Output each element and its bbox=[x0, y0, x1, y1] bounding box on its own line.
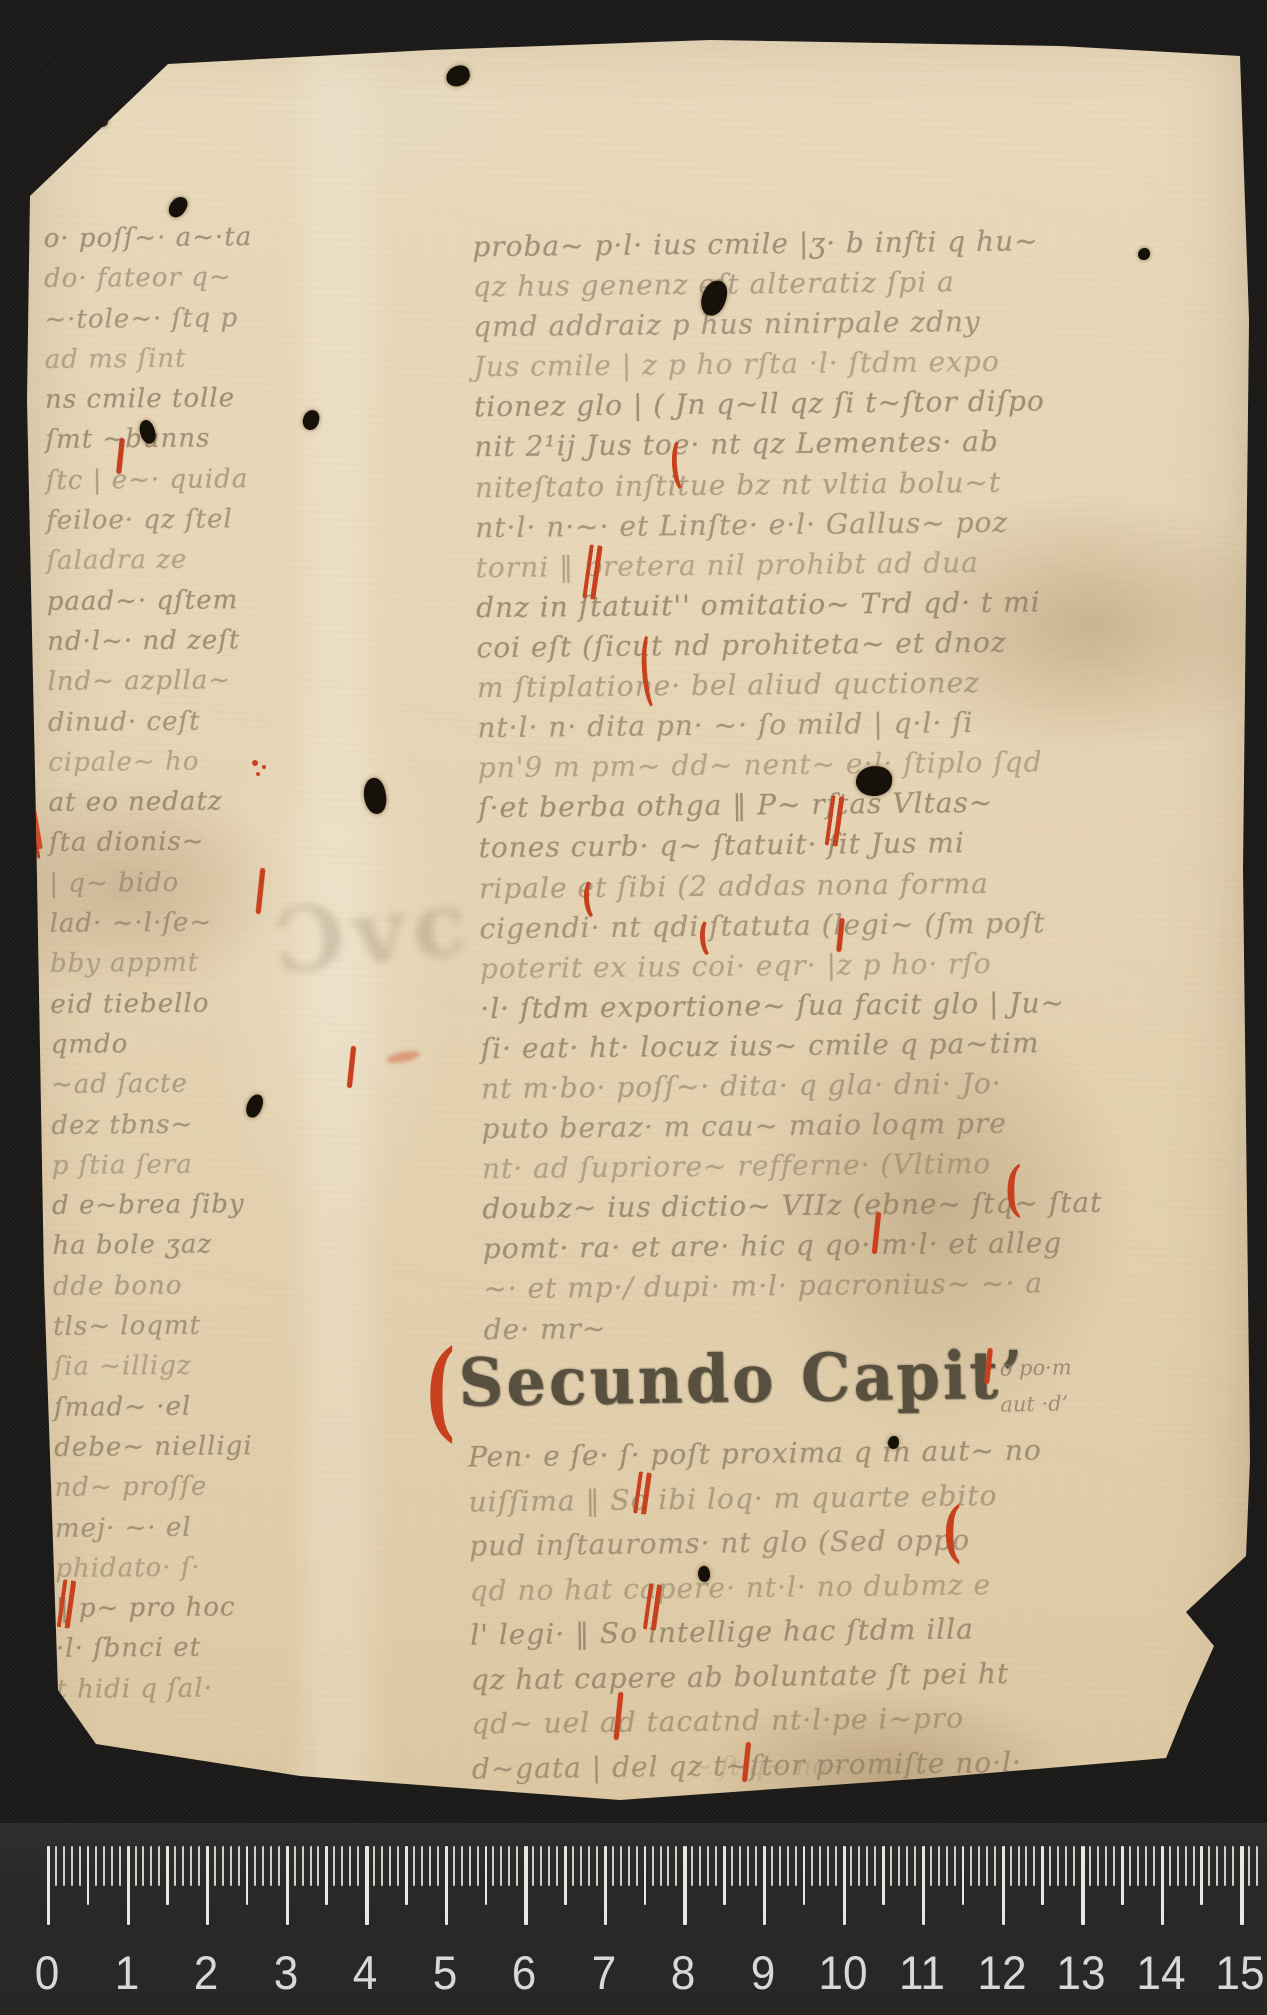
red-paraph-mark: ( bbox=[1004, 1162, 1022, 1216]
manuscript-line: nd·l~· nd zeſt bbox=[47, 620, 256, 662]
ruler-tick bbox=[1153, 1846, 1155, 1886]
ruler-tick bbox=[540, 1846, 542, 1886]
ruler-tick bbox=[1121, 1846, 1124, 1905]
ruler-tick bbox=[79, 1846, 81, 1886]
ruler-tick bbox=[572, 1846, 574, 1886]
ruler-number: 14 bbox=[1123, 1945, 1198, 2000]
ruler-tick bbox=[1248, 1846, 1250, 1886]
ruler-tick bbox=[556, 1846, 558, 1886]
ruler-tick bbox=[691, 1846, 693, 1886]
ruler-tick bbox=[317, 1846, 319, 1886]
manuscript-line: ſmad~ ·el bbox=[54, 1386, 263, 1428]
ruler-tick bbox=[1073, 1846, 1075, 1886]
manuscript-line: nit 2¹ij Jus toe· nt qz Lementes· ab bbox=[474, 421, 1094, 468]
ruler-tick bbox=[341, 1846, 343, 1886]
ruler-tick bbox=[1193, 1846, 1195, 1886]
ruler-tick bbox=[1081, 1846, 1084, 1925]
ruler-number: 11 bbox=[884, 1945, 959, 2000]
ruler-tick bbox=[278, 1846, 280, 1886]
manuscript-line: ~ad ſacte bbox=[51, 1063, 260, 1105]
faint-bottom-line: ~ ſt q~ no~ bbox=[690, 1752, 849, 1782]
manuscript-line: ~·tole~· ſtq p bbox=[44, 298, 253, 340]
ruler-number: 13 bbox=[1044, 1945, 1119, 2000]
ruler-tick bbox=[588, 1846, 590, 1886]
ruler-tick bbox=[596, 1846, 598, 1886]
manuscript-line: ·l· ſtdm exportione~ ſua facit glo | Ju~ bbox=[480, 983, 1100, 1030]
ruler-tick bbox=[485, 1846, 488, 1905]
manuscript-line: tionez glo | ( Jn q~ll qz ſi t~ſtor diſp… bbox=[474, 381, 1094, 428]
ruler-tick bbox=[1185, 1846, 1187, 1886]
ruler-tick bbox=[906, 1846, 908, 1886]
ruler-tick bbox=[922, 1846, 925, 1925]
manuscript-line: lnd~ azplla~ bbox=[47, 660, 256, 702]
manuscript-line: ad ms ſint bbox=[45, 338, 254, 380]
manuscript-line: ha bole ʒaz bbox=[52, 1225, 261, 1267]
manuscript-line: m ſtiplatione· bel aliud quctionez bbox=[477, 662, 1097, 709]
ruler-tick bbox=[564, 1846, 567, 1905]
ruler-tick bbox=[1018, 1846, 1020, 1886]
ruler-tick bbox=[683, 1846, 686, 1925]
ruler-tick bbox=[389, 1846, 391, 1886]
manuscript-line: cigendi· nt qdi ſtatuta (legi~ (ſm poſt bbox=[479, 902, 1099, 949]
ruler-tick bbox=[477, 1846, 479, 1886]
red-paraph-mark: ( bbox=[424, 1342, 456, 1439]
ruler-tick bbox=[1105, 1846, 1107, 1886]
ruler-number: 15 bbox=[1203, 1945, 1267, 2000]
manuscript-line: p ſtia ſera bbox=[52, 1144, 261, 1186]
ruler-number: 12 bbox=[964, 1945, 1039, 2000]
ruler-tick bbox=[1002, 1846, 1005, 1925]
ruler-tick bbox=[1097, 1846, 1099, 1886]
ruler-tick bbox=[182, 1846, 184, 1886]
ruler-tick bbox=[914, 1846, 916, 1886]
ruler-tick bbox=[1208, 1846, 1210, 1886]
ruler-number: 7 bbox=[566, 1945, 641, 2000]
manuscript-line: ~· et mp·/ dupi· m·l· pacronius~ ~· a bbox=[483, 1263, 1103, 1310]
ruler-tick bbox=[373, 1846, 375, 1886]
manuscript-line: cipale~ ho bbox=[48, 741, 257, 783]
ruler-tick bbox=[882, 1846, 885, 1905]
manuscript-line: poterit ex ius coi· eqr· |z p ho· rſo bbox=[480, 942, 1100, 989]
manuscript-line: qmdo bbox=[51, 1023, 260, 1065]
manuscript-line: | q~ bido bbox=[49, 862, 258, 904]
ruler-tick bbox=[516, 1846, 518, 1886]
ruler-tick bbox=[1240, 1846, 1243, 1925]
manuscript-line: pomt· ra· et are· hic q qo· m·l· et alle… bbox=[483, 1223, 1103, 1270]
ruler-tick bbox=[636, 1846, 638, 1886]
manuscript-line: dnz in ſtatuit'' omitatio~ Trd qd· t mi bbox=[476, 582, 1096, 629]
manuscript-line: pn'9 m pm~ dd~ nent~ e·l· ſtiplo ſqd bbox=[478, 742, 1098, 789]
ruler-tick bbox=[1145, 1846, 1147, 1886]
manuscript-line: dinud· ceſt bbox=[48, 701, 257, 743]
ruler-tick bbox=[1025, 1846, 1027, 1886]
ruler-tick bbox=[190, 1846, 192, 1886]
ruler-tick bbox=[71, 1846, 73, 1886]
ruler-tick bbox=[111, 1846, 113, 1886]
ruler-number: 1 bbox=[89, 1945, 164, 2000]
manuscript-line: ſtc | e~· quida bbox=[46, 459, 255, 501]
ruler-tick bbox=[397, 1846, 399, 1886]
ruler-tick bbox=[214, 1846, 216, 1886]
manuscript-line: dde bono bbox=[53, 1265, 262, 1307]
manuscript-line: o· poſſ~· a~·ta bbox=[43, 217, 252, 259]
ruler-tick bbox=[771, 1846, 773, 1886]
ruler-number: 0 bbox=[9, 1945, 84, 2000]
ruler-tick bbox=[763, 1846, 766, 1925]
ruler-number: 6 bbox=[487, 1945, 562, 2000]
ruler-tick bbox=[238, 1846, 240, 1886]
manuscript-line: phidato· ſ· bbox=[55, 1547, 264, 1589]
ruler-tick bbox=[103, 1846, 105, 1886]
ruler-tick bbox=[381, 1846, 383, 1886]
wormhole-spot bbox=[95, 116, 108, 127]
ruler-tick bbox=[365, 1846, 368, 1925]
ruler-number: 4 bbox=[328, 1945, 403, 2000]
ruler-tick bbox=[827, 1846, 829, 1886]
ruler-tick bbox=[1010, 1846, 1012, 1886]
wormhole-spot bbox=[888, 1436, 899, 1449]
lower-text-column: Pen· e ſe· ſ· poſt proxima q in aut~ nou… bbox=[468, 1429, 1046, 1792]
ruler-tick bbox=[1033, 1846, 1035, 1886]
manuscript-line: ·l· ſbnci et bbox=[56, 1627, 265, 1669]
ruler-tick bbox=[938, 1846, 940, 1886]
ruler-tick bbox=[421, 1846, 423, 1886]
ruler-tick bbox=[1129, 1846, 1131, 1886]
ruler-tick bbox=[325, 1846, 328, 1905]
manuscript-line: ſ·et berba othga ‖ P~ rſtas Vltas~ bbox=[478, 782, 1098, 829]
ruler-tick bbox=[1161, 1846, 1164, 1925]
ruler-tick bbox=[819, 1846, 821, 1886]
ruler-number: 2 bbox=[168, 1945, 243, 2000]
manuscript-page: Ɔvc o· poſſ~· a~·tado· fateor q~~·tole~·… bbox=[0, 0, 1267, 2015]
ruler-tick bbox=[270, 1846, 272, 1886]
ruler-tick bbox=[835, 1846, 837, 1886]
manuscript-line: paad~· qſtem bbox=[47, 580, 256, 622]
ruler-tick bbox=[1177, 1846, 1179, 1886]
ruler-tick bbox=[858, 1846, 860, 1886]
ruler-number: 3 bbox=[248, 1945, 323, 2000]
ruler-tick bbox=[453, 1846, 455, 1886]
ruler-tick bbox=[1232, 1846, 1234, 1886]
ruler-number: 5 bbox=[407, 1945, 482, 2000]
ruler-tick bbox=[699, 1846, 701, 1886]
ruler-tick bbox=[333, 1846, 335, 1886]
ruler-number: 8 bbox=[646, 1945, 721, 2000]
ruler-tick bbox=[739, 1846, 741, 1886]
manuscript-line: torni ‖ pretera nil prohibt ad dua bbox=[475, 542, 1095, 589]
ruler-tick bbox=[811, 1846, 813, 1886]
manuscript-line: ſia ~illigz bbox=[53, 1345, 262, 1387]
manuscript-line: nd~ proſſe bbox=[54, 1466, 263, 1508]
ruler-tick bbox=[755, 1846, 757, 1886]
marginal-side-note: o po·maut ·d’ bbox=[999, 1349, 1072, 1422]
chapter-heading: Secundo Capit’ bbox=[458, 1336, 1026, 1421]
manuscript-line: d e~brea ſiby bbox=[52, 1184, 261, 1226]
centimeter-ruler: 0123456789101112131415 bbox=[0, 1823, 1267, 2015]
ruler-tick bbox=[747, 1846, 749, 1886]
ruler-tick bbox=[349, 1846, 351, 1886]
ruler-tick bbox=[898, 1846, 900, 1886]
ruler-tick bbox=[994, 1846, 996, 1886]
ruler-tick bbox=[548, 1846, 550, 1886]
ruler-tick bbox=[707, 1846, 709, 1886]
ruler-tick bbox=[986, 1846, 988, 1886]
ruler-tick bbox=[262, 1846, 264, 1886]
ruler-tick bbox=[286, 1846, 289, 1925]
manuscript-line: mej· ~· el bbox=[55, 1507, 264, 1549]
ruler-tick bbox=[930, 1846, 932, 1886]
ruler-tick bbox=[866, 1846, 868, 1886]
ruler-tick bbox=[962, 1846, 965, 1905]
manuscript-line: at eo nedatz bbox=[48, 781, 257, 823]
ruler-tick bbox=[628, 1846, 630, 1886]
manuscript-line: lad· ~·l·ſe~ bbox=[49, 902, 258, 944]
ruler-tick bbox=[580, 1846, 582, 1886]
ruler-number: 9 bbox=[725, 1945, 800, 2000]
manuscript-line: nt m·bo· poſſ~· dita· q gla· dni· Jo· bbox=[481, 1063, 1101, 1110]
ruler-tick bbox=[1113, 1846, 1115, 1886]
ruler-tick bbox=[946, 1846, 948, 1886]
manuscript-line: qd~ uel ad tacatnd nt·l·pe i~pro bbox=[471, 1695, 1045, 1747]
manuscript-line: debe~ nielligi bbox=[54, 1426, 263, 1468]
red-paraph-mark: ( bbox=[942, 1502, 961, 1561]
manuscript-line: dez tbns~ bbox=[51, 1104, 260, 1146]
ruler-tick bbox=[715, 1846, 717, 1886]
ruler-tick bbox=[1065, 1846, 1067, 1886]
ruler-tick bbox=[405, 1846, 408, 1905]
manuscript-line: qz hat capere ab boluntate ſt pei ht bbox=[471, 1651, 1045, 1703]
ruler-tick bbox=[1224, 1846, 1226, 1886]
ruler-tick bbox=[843, 1846, 846, 1925]
ruler-tick bbox=[1169, 1846, 1171, 1886]
ruler-tick bbox=[254, 1846, 256, 1886]
manuscript-line: ‖ p~ pro hoc bbox=[55, 1587, 264, 1629]
ruler-tick bbox=[644, 1846, 647, 1905]
ruler-tick bbox=[55, 1846, 57, 1886]
ruler-tick bbox=[787, 1846, 789, 1886]
ruler-tick bbox=[890, 1846, 892, 1886]
ruler-tick bbox=[135, 1846, 137, 1886]
manuscript-line: ſta dionis~ bbox=[49, 822, 258, 864]
manuscript-line: l' legi· ‖ So intellige hac ſtdm illa bbox=[470, 1606, 1044, 1658]
manuscript-line: qz hus genenz eſt alteratiz ſpi a bbox=[473, 261, 1093, 308]
manuscript-line: do· fateor q~ bbox=[44, 257, 253, 299]
ruler-tick bbox=[524, 1846, 527, 1925]
ruler-tick bbox=[500, 1846, 502, 1886]
ruler-tick bbox=[166, 1846, 169, 1905]
ruler-tick bbox=[970, 1846, 972, 1886]
manuscript-line: coi eſt (ſicut nd prohiteta~ et dnoz bbox=[476, 622, 1096, 669]
ruler-tick bbox=[310, 1846, 312, 1886]
ruler-tick bbox=[47, 1846, 50, 1925]
ruler-tick bbox=[95, 1846, 97, 1886]
ruler-tick bbox=[445, 1846, 448, 1925]
ruler-tick bbox=[675, 1846, 677, 1886]
ruler-tick bbox=[1256, 1846, 1258, 1886]
manuscript-line: feiloe· qz ſtel bbox=[46, 499, 255, 541]
ruler-tick bbox=[492, 1846, 494, 1886]
manuscript-line: ſi· eat· ht· locuz ius~ cmile q pa~tim bbox=[481, 1023, 1101, 1070]
ruler-tick bbox=[174, 1846, 176, 1886]
manuscript-line: puto beraz· m cau~ maio loqm pre bbox=[481, 1103, 1101, 1150]
manuscript-line: ripale et ſibi (2 addas nona forma bbox=[479, 862, 1099, 909]
ruler-tick bbox=[731, 1846, 733, 1886]
manuscript-line: qmd addraiz p hus ninirpale zdny bbox=[473, 301, 1093, 348]
wormhole-spot bbox=[1138, 248, 1150, 260]
ruler-tick bbox=[429, 1846, 431, 1886]
ruler-tick bbox=[302, 1846, 304, 1886]
ruler-tick bbox=[874, 1846, 876, 1886]
ruler-tick bbox=[620, 1846, 622, 1886]
ruler-tick bbox=[850, 1846, 852, 1886]
ruler-tick bbox=[667, 1846, 669, 1886]
manuscript-line: t hidi q ſal· bbox=[56, 1668, 265, 1710]
photograph-scene: Ɔvc o· poſſ~· a~·tado· fateor q~~·tole~·… bbox=[0, 0, 1267, 2015]
manuscript-line: tls~ loqmt bbox=[53, 1305, 262, 1347]
manuscript-line: niteſtato inſtitue bz nt vltia bolu~t bbox=[475, 461, 1095, 508]
manuscript-line: bby appmt bbox=[50, 942, 259, 984]
side-note-line: o po·m bbox=[999, 1349, 1072, 1386]
ruler-tick bbox=[63, 1846, 65, 1886]
ruler-tick bbox=[779, 1846, 781, 1886]
ruler-tick bbox=[198, 1846, 200, 1886]
ruler-tick bbox=[246, 1846, 249, 1905]
ruler-tick bbox=[127, 1846, 130, 1925]
ruler-tick bbox=[150, 1846, 152, 1886]
ruler-tick bbox=[206, 1846, 209, 1925]
ruler-tick bbox=[803, 1846, 806, 1905]
side-note-line: aut ·d’ bbox=[1000, 1385, 1073, 1422]
ruler-tick bbox=[119, 1846, 121, 1886]
ghost-ink-offset: Ɔvc bbox=[270, 870, 479, 994]
manuscript-line: ſaladra ze bbox=[46, 539, 255, 581]
ruler-tick bbox=[357, 1846, 359, 1886]
ruler-tick bbox=[604, 1846, 607, 1925]
ruler-tick bbox=[437, 1846, 439, 1886]
ruler-tick bbox=[795, 1846, 797, 1886]
ruler-tick bbox=[1216, 1846, 1218, 1886]
ruler-tick bbox=[978, 1846, 980, 1886]
ruler-tick bbox=[230, 1846, 232, 1886]
ruler-number: 10 bbox=[805, 1945, 880, 2000]
ruler-tick bbox=[294, 1846, 296, 1886]
ruler-tick bbox=[1137, 1846, 1139, 1886]
manuscript-line: ns cmile tolle bbox=[45, 378, 254, 420]
ruler-tick bbox=[1049, 1846, 1051, 1886]
ruler-tick bbox=[508, 1846, 510, 1886]
ruler-tick bbox=[158, 1846, 160, 1886]
ruler-tick bbox=[87, 1846, 90, 1905]
ruler-tick bbox=[660, 1846, 662, 1886]
ruler-tick bbox=[1041, 1846, 1044, 1905]
ruler-tick bbox=[954, 1846, 956, 1886]
ruler-tick bbox=[413, 1846, 415, 1886]
ruler-tick bbox=[461, 1846, 463, 1886]
manuscript-line: nt·l· n· dita pn· ~· ſo mild | q·l· ſi bbox=[477, 702, 1097, 749]
ruler-tick bbox=[222, 1846, 224, 1886]
ruler-tick bbox=[1089, 1846, 1091, 1886]
manuscript-line: tones curb· q~ ſtatuit· ſit Jus mi bbox=[478, 822, 1098, 869]
ruler-tick bbox=[469, 1846, 471, 1886]
ruler-tick bbox=[1200, 1846, 1203, 1905]
manuscript-line: eid tiebello bbox=[50, 983, 259, 1025]
ruler-tick bbox=[1057, 1846, 1059, 1886]
ruler-tick bbox=[723, 1846, 726, 1905]
manuscript-line: proba~ p·l· ius cmile |ʒ· b inſti q hu~ bbox=[472, 221, 1092, 268]
ruler-tick bbox=[652, 1846, 654, 1886]
manuscript-line: Jus cmile | z p ho rſta ·l· ſtdm expo bbox=[473, 341, 1093, 388]
manuscript-line: nt·l· n·~· et Linſte· e·l· Gallus~ poz bbox=[475, 501, 1095, 548]
ruler-tick bbox=[142, 1846, 144, 1886]
manuscript-line: Pen· e ſe· ſ· poſt proxima q in aut~ no bbox=[468, 1429, 1042, 1481]
red-paraph-mark bbox=[252, 760, 258, 766]
ruler-tick bbox=[612, 1846, 614, 1886]
ruler-tick bbox=[532, 1846, 534, 1886]
